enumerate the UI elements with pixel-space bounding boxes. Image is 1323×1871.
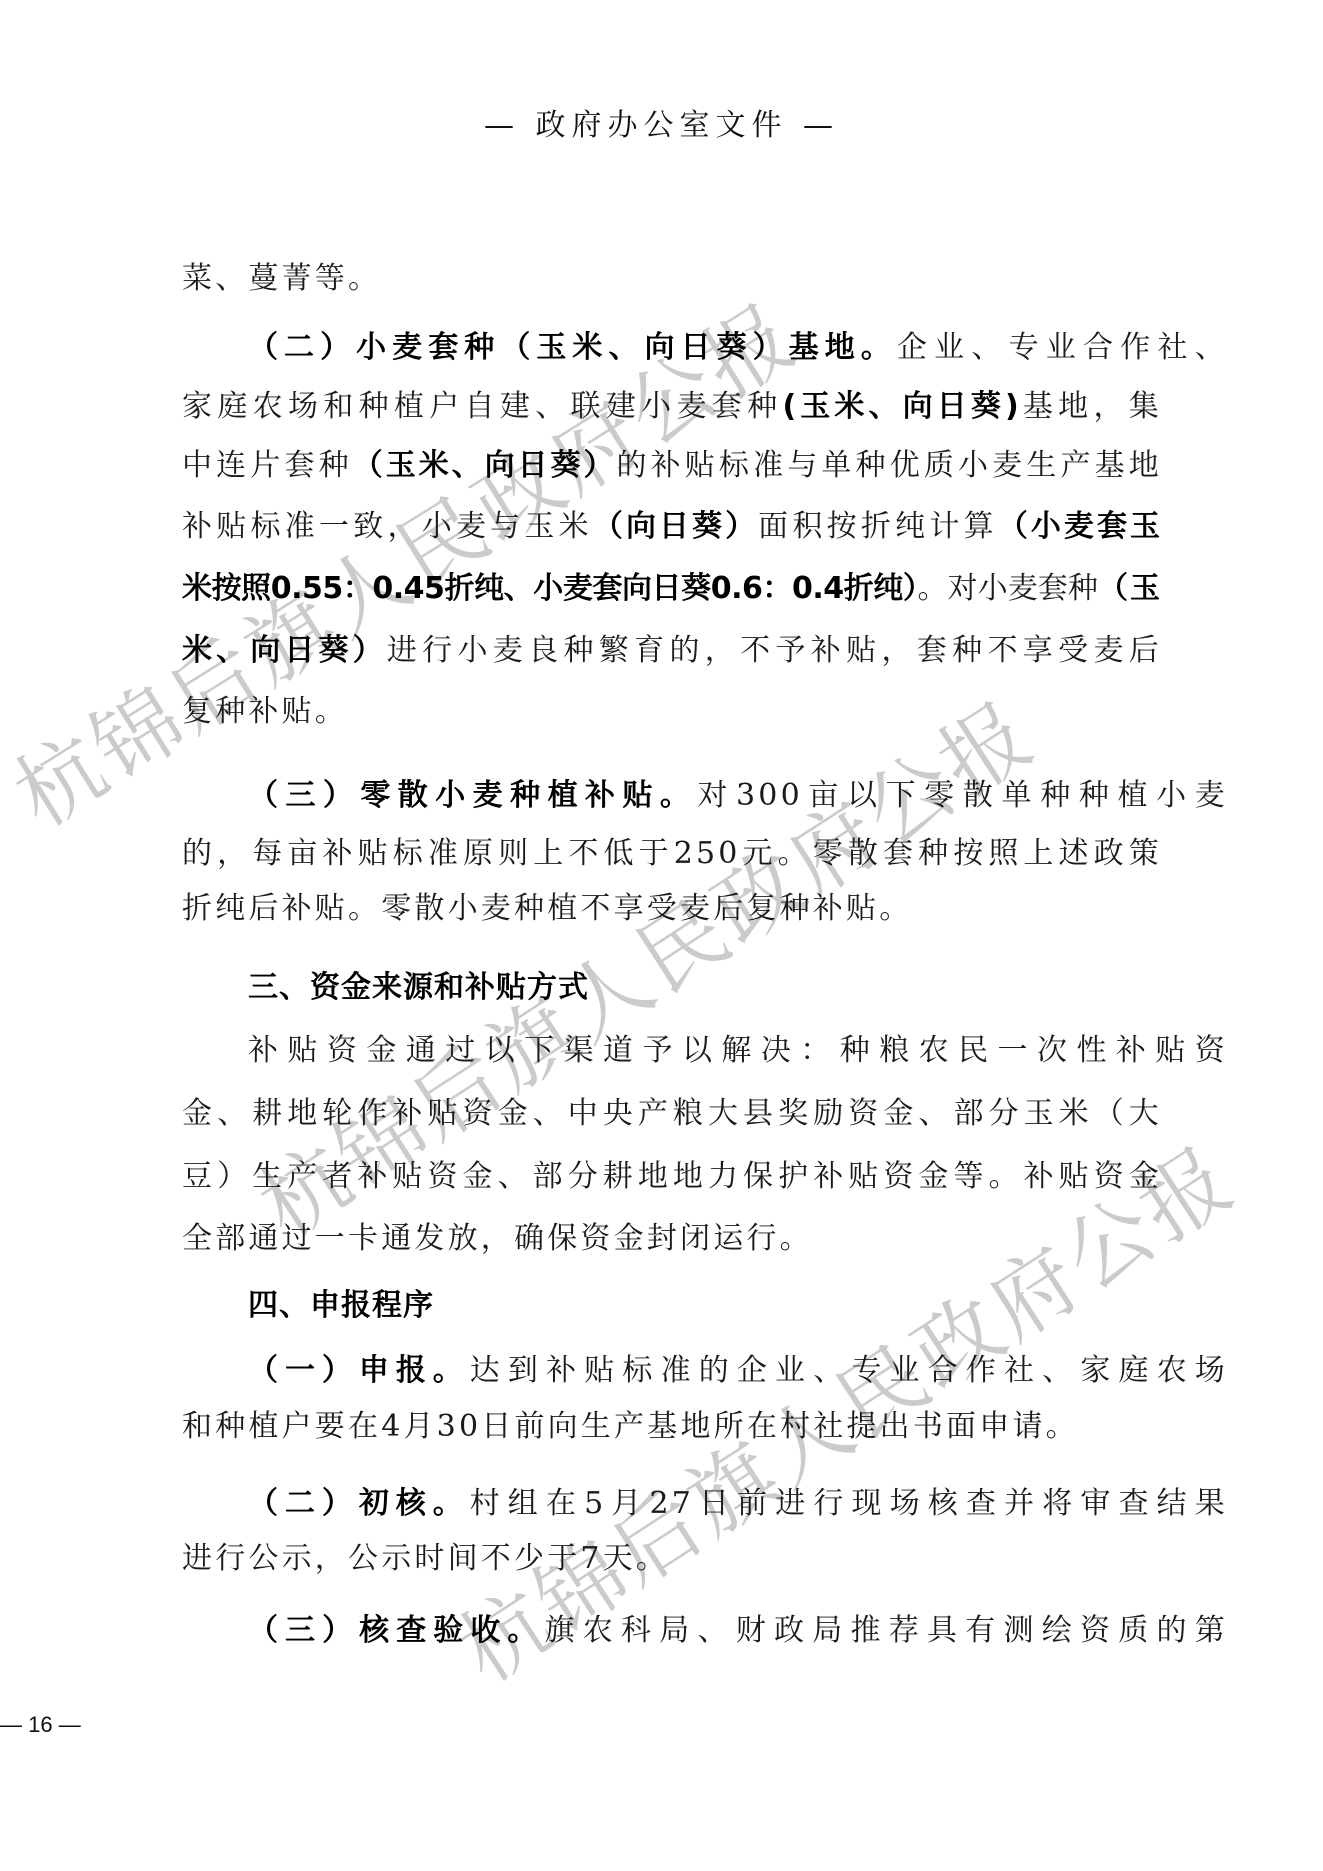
section-heading: 三、资金来源和补贴方式 [248,970,589,1005]
text: 补贴资金通过以下渠道予以解决：种粮农民一次性补贴资 [248,1033,1228,1068]
subsection-title: （二）初核。 [248,1486,470,1521]
bold-text: （玉 [1098,571,1162,606]
paragraph-line: 补贴资金通过以下渠道予以解决：种粮农民一次性补贴资 [182,1031,1228,1071]
text: 中连片套种 [182,448,353,483]
bold-text: （向日葵） [593,509,758,544]
text: 进行小麦良种繁育的，不予补贴，套种不享受麦后 [387,633,1162,668]
text: 进行公示，公示时间不少于7天。 [182,1541,669,1576]
text: 的补贴标准与单种优质小麦生产基地 [616,448,1162,483]
text: 菜、蔓菁等。 [182,261,381,296]
bold-text: 米、向日葵） [182,633,387,668]
text: 金、耕地轮作补贴资金、中央产粮大县奖励资金、部分玉米（大 [182,1096,1162,1131]
paragraph-line: 菜、蔓菁等。 [182,259,1162,299]
paragraph-line: 全部通过一卡通发放，确保资金封闭运行。 [182,1219,1162,1259]
paragraph-line: 折纯后补贴。零散小麦种植不享受麦后复种补贴。 [182,889,1162,929]
text: 。对小麦套种 [917,571,1097,606]
paragraph-line: 补贴标准一致，小麦与玉米（向日葵）面积按折纯计算（小麦套玉 [182,507,1162,547]
bold-text: （玉米、向日葵） [353,448,617,483]
text: 折纯后补贴。零散小麦种植不享受麦后复种补贴。 [182,891,912,926]
text: 复种补贴。 [182,694,348,729]
subsection-4-2-line-1: （二）初核。村组在5月27日前进行现场核查并将审查结果 [182,1484,1228,1524]
text: 对300亩以下零散单种种植小麦 [697,778,1228,813]
text: 基地，集 [1021,389,1162,424]
paragraph-line: 米、向日葵）进行小麦良种繁育的，不予补贴，套种不享受麦后 [182,631,1162,671]
subsection-title: （三）核查验收。 [248,1613,544,1648]
paragraph-line: 家庭农场和种植户自建、联建小麦套种(玉米、向日葵)基地，集 [182,387,1162,427]
document-content: — 政府办公室文件 — 菜、蔓菁等。 （二）小麦套种（玉米、向日葵）基地。企业、… [0,0,1323,1871]
paragraph-line: 的，每亩补贴标准原则上不低于250元。零散套种按照上述政策 [182,834,1162,874]
paragraph-line: 进行公示，公示时间不少于7天。 [182,1539,1162,1579]
text: 的，每亩补贴标准原则上不低于250元。零散套种按照上述政策 [182,836,1162,871]
section-heading-3: 三、资金来源和补贴方式 [182,968,1228,1008]
text: 企业、专业合作社、 [897,330,1228,365]
subsection-2-line-1: （二）小麦套种（玉米、向日葵）基地。企业、专业合作社、 [182,328,1228,368]
text: 旗农科局、财政局推荐具有测绘资质的第 [544,1613,1228,1648]
paragraph-line: 中连片套种（玉米、向日葵）的补贴标准与单种优质小麦生产基地 [182,446,1162,486]
subsection-4-3-line-1: （三）核查验收。旗农科局、财政局推荐具有测绘资质的第 [182,1611,1228,1651]
bold-text: （小麦套玉 [998,509,1162,544]
text: 豆）生产者补贴资金、部分耕地地力保护补贴资金等。补贴资金 [182,1159,1162,1194]
subsection-title: （二）小麦套种（玉米、向日葵）基地。 [248,330,897,365]
bold-text: 米按照0.55：0.45折纯、小麦套向日葵0.6：0.4折纯） [182,571,917,606]
text: 补贴标准一致，小麦与玉米 [182,509,593,544]
document-page: 杭锦后旗人民政府公报 杭锦后旗人民政府公报 杭锦后旗人民政府公报 — 政府办公室… [0,0,1323,1871]
page-number: — 16 — [0,1712,81,1738]
text: 达到补贴标准的企业、专业合作社、家庭农场 [470,1353,1228,1388]
paragraph-line: 和种植户要在4月30日前向生产基地所在村社提出书面申请。 [182,1407,1162,1447]
paragraph-line: 复种补贴。 [182,692,1162,732]
section-heading-4: 四、申报程序 [182,1286,1228,1326]
text: 和种植户要在4月30日前向生产基地所在村社提出书面申请。 [182,1409,1079,1444]
subsection-title: （一）申报。 [248,1353,470,1388]
text: 面积按折纯计算 [758,509,998,544]
paragraph-line: 米按照0.55：0.45折纯、小麦套向日葵0.6：0.4折纯）。对小麦套种（玉 [182,569,1162,609]
paragraph-line: 金、耕地轮作补贴资金、中央产粮大县奖励资金、部分玉米（大 [182,1094,1162,1134]
text: 村组在5月27日前进行现场核查并将审查结果 [470,1486,1228,1521]
section-heading: 四、申报程序 [248,1288,434,1323]
subsection-title: （三）零散小麦种植补贴。 [248,778,697,813]
page-header: — 政府办公室文件 — [0,100,1323,144]
text: 全部通过一卡通发放，确保资金封闭运行。 [182,1221,813,1256]
subsection-3-line-1: （三）零散小麦种植补贴。对300亩以下零散单种种植小麦 [182,776,1228,816]
text: 家庭农场和种植户自建、联建小麦套种 [182,389,782,424]
subsection-4-1-line-1: （一）申报。达到补贴标准的企业、专业合作社、家庭农场 [182,1351,1228,1391]
bold-text: (玉米、向日葵) [782,389,1020,424]
paragraph-line: 豆）生产者补贴资金、部分耕地地力保护补贴资金等。补贴资金 [182,1157,1162,1197]
